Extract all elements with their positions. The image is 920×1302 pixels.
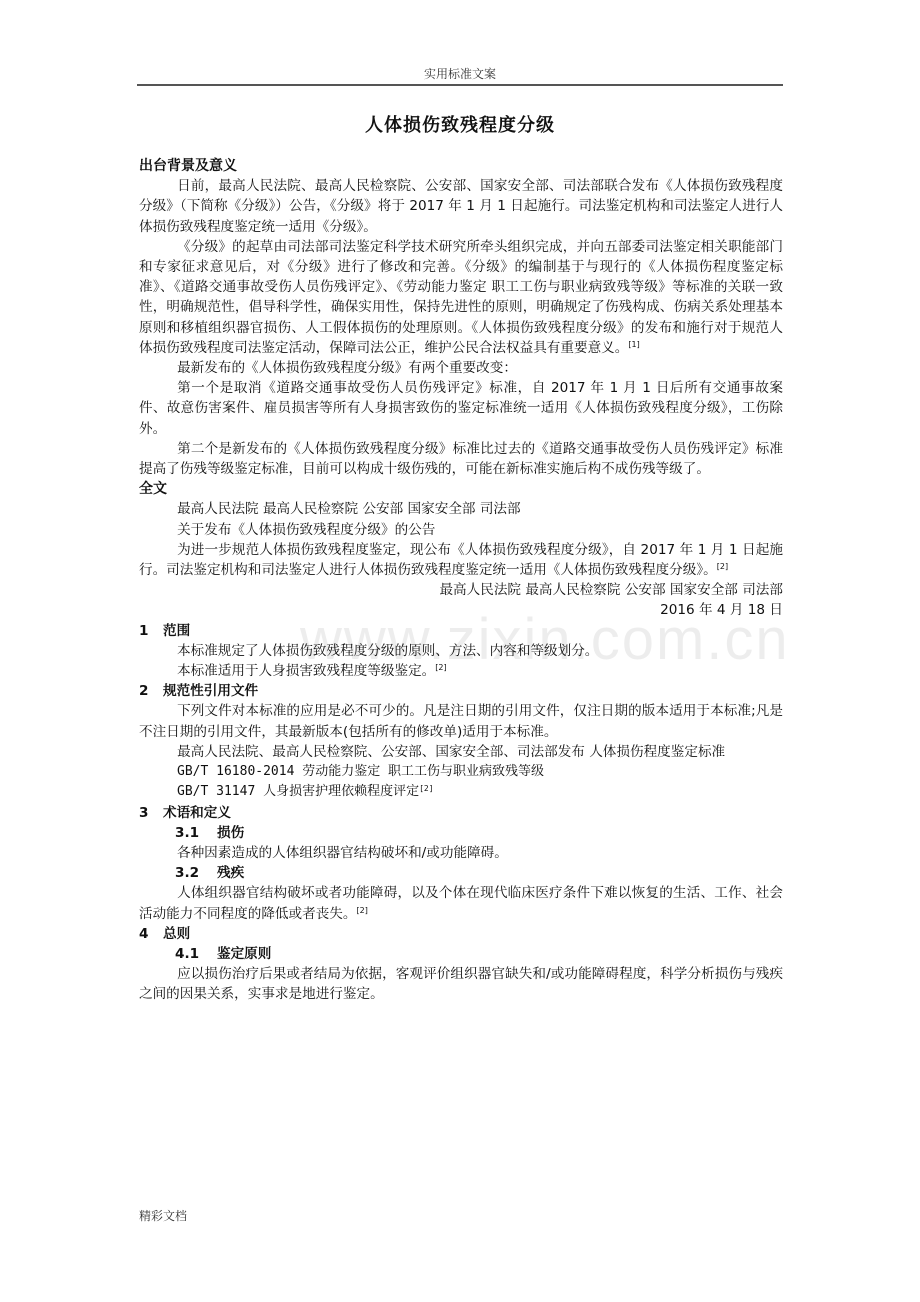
document-body: 出台背景及意义 日前，最高人民法院、最高人民检察院、公安部、国家安全部、司法部联…: [139, 156, 783, 1005]
paragraph-text: 为进一步规范人体损伤致残程度鉴定，现公布《人体损伤致残程度分级》，自 2017 …: [139, 542, 783, 578]
definition-text: 各种因素造成的人体组织器官结构破坏和/或功能障碍。: [139, 843, 783, 863]
paragraph: 本标准规定了人体损伤致残程度分级的原则、方法、内容和等级划分。: [139, 641, 783, 661]
paragraph: 第一个是取消《道路交通事故受伤人员伤残评定》标准，自 2017 年 1 月 1 …: [139, 378, 783, 439]
section-1-heading: 1范围: [139, 621, 783, 641]
paragraph-text: 《分级》的起草由司法部司法鉴定科学技术研究所牵头组织完成，并向五部委司法鉴定相关…: [139, 239, 783, 356]
document-page: 实用标准文案 人体损伤致残程度分级 www.zixin.com.cn 出台背景及…: [0, 0, 920, 1302]
reference-item: GB/T 31147 人身损害护理依赖程度评定[2]: [139, 782, 783, 802]
section-heading-fulltext: 全文: [139, 479, 783, 499]
section-title: 术语和定义: [163, 805, 231, 821]
subsection-title: 鉴定原则: [217, 946, 271, 962]
subsection-number: 4.1: [175, 944, 217, 964]
reference-item: 最高人民法院、最高人民检察院、公安部、国家安全部、司法部发布 人体损伤程度鉴定标…: [139, 742, 783, 762]
document-title: 人体损伤致残程度分级: [137, 114, 783, 138]
subsection-4-1-heading: 4.1鉴定原则: [139, 944, 783, 964]
subsection-3-2-heading: 3.2残疾: [139, 863, 783, 883]
citation-link[interactable]: [2]: [435, 663, 446, 672]
section-3-heading: 3术语和定义: [139, 803, 783, 823]
citation-link[interactable]: [2]: [357, 906, 368, 915]
paragraph: 下列文件对本标准的应用是必不可少的。凡是注日期的引用文件，仅注日期的版本适用于本…: [139, 701, 783, 741]
paragraph-text: 人体组织器官结构破坏或者功能障碍，以及个体在现代临床医疗条件下难以恢复的生活、工…: [139, 885, 783, 921]
paragraph-text: 本标准适用于人身损害致残程度等级鉴定。: [177, 663, 435, 679]
running-footer: 精彩文档: [139, 1207, 187, 1224]
paragraph: 日前，最高人民法院、最高人民检察院、公安部、国家安全部、司法部联合发布《人体损伤…: [139, 176, 783, 237]
section-title: 范围: [163, 623, 190, 639]
subsection-number: 3.2: [175, 863, 217, 883]
definition-text: 人体组织器官结构破坏或者功能障碍，以及个体在现代临床医疗条件下难以恢复的生活、工…: [139, 883, 783, 923]
paragraph: 第二个是新发布的《人体损伤致残程度分级》标准比过去的《道路交通事故受伤人员伤残评…: [139, 439, 783, 479]
running-header: 实用标准文案: [137, 66, 783, 82]
notice-body: 为进一步规范人体损伤致残程度鉴定，现公布《人体损伤致残程度分级》，自 2017 …: [139, 540, 783, 580]
paragraph: 《分级》的起草由司法部司法鉴定科学技术研究所牵头组织完成，并向五部委司法鉴定相关…: [139, 237, 783, 358]
notice-title: 关于发布《人体损伤致残程度分级》的公告: [139, 520, 783, 540]
section-number: 4: [139, 924, 163, 944]
subsection-title: 损伤: [217, 825, 244, 841]
section-4-heading: 4总则: [139, 924, 783, 944]
section-title: 总则: [163, 926, 190, 942]
citation-link[interactable]: [2]: [717, 562, 728, 571]
paragraph: 本标准适用于人身损害致残程度等级鉴定。[2]: [139, 661, 783, 681]
section-number: 1: [139, 621, 163, 641]
section-heading-background: 出台背景及意义: [139, 156, 783, 176]
paragraph: 应以损伤治疗后果或者结局为依据，客观评价组织器官缺失和/或功能障碍程度，科学分析…: [139, 964, 783, 1004]
section-2-heading: 2规范性引用文件: [139, 681, 783, 701]
section-number: 2: [139, 681, 163, 701]
subsection-title: 残疾: [217, 865, 244, 881]
citation-link[interactable]: [1]: [628, 340, 639, 349]
subsection-number: 3.1: [175, 823, 217, 843]
paragraph: 最新发布的《人体损伤致残程度分级》有两个重要改变：: [139, 358, 783, 378]
date-line: 2016 年 4 月 18 日: [139, 600, 783, 620]
header-divider: [137, 84, 783, 86]
section-title: 规范性引用文件: [163, 683, 258, 699]
signature-line: 最高人民法院 最高人民检察院 公安部 国家安全部 司法部: [139, 580, 783, 600]
citation-link[interactable]: [2]: [419, 784, 433, 793]
issuers-line: 最高人民法院 最高人民检察院 公安部 国家安全部 司法部: [139, 499, 783, 519]
paragraph-text: GB/T 31147 人身损害护理依赖程度评定: [177, 784, 419, 799]
section-number: 3: [139, 803, 163, 823]
reference-item: GB/T 16180-2014 劳动能力鉴定 职工工伤与职业病致残等级: [139, 762, 783, 782]
subsection-3-1-heading: 3.1损伤: [139, 823, 783, 843]
